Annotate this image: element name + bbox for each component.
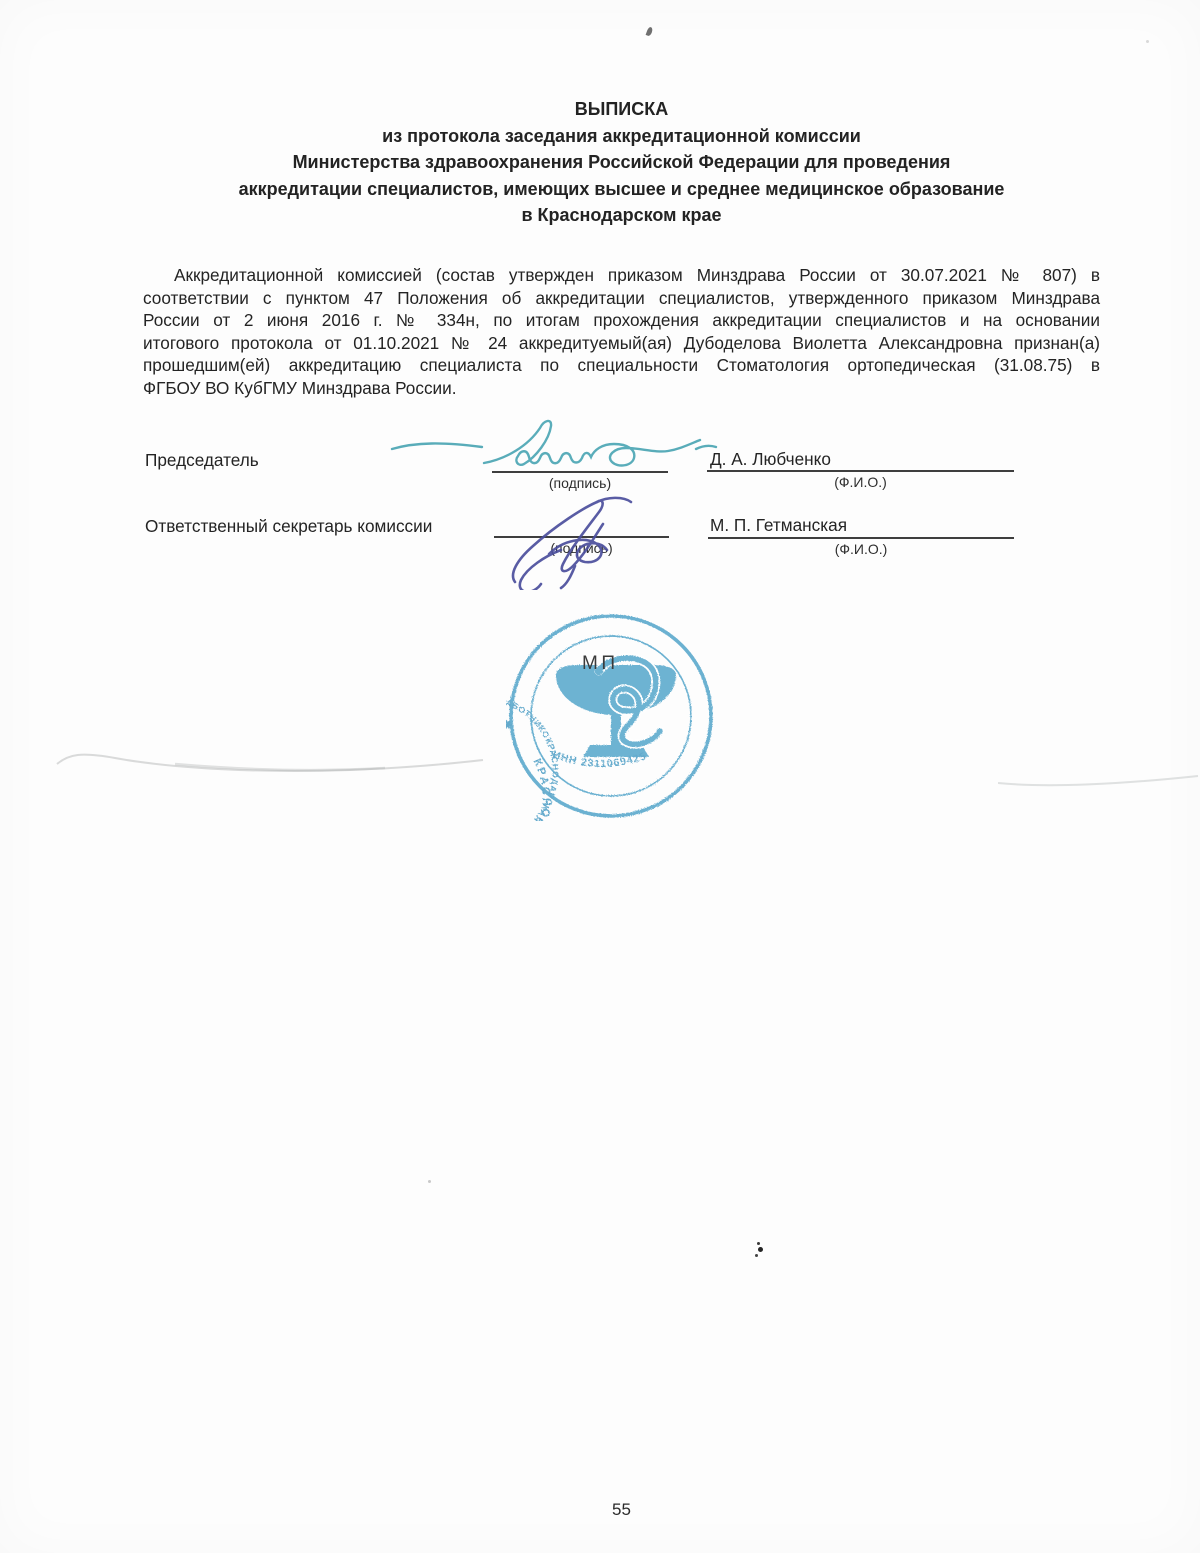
ink-speck xyxy=(1146,40,1149,43)
chairman-name-caption: (Ф.И.О.) xyxy=(707,474,1014,490)
chairman-signature-line xyxy=(492,471,668,473)
chairman-name: Д. А. Любченко xyxy=(710,449,831,470)
body-line: ФГБОУ ВО КубГМУ Минздрава России. xyxy=(143,377,1100,400)
title-line-3: Министерства здравоохранения Российской … xyxy=(143,149,1100,176)
paper-crease-right xyxy=(998,772,1200,792)
secretary-name-line xyxy=(708,537,1014,539)
document-title: ВЫПИСКА из протокола заседания аккредита… xyxy=(143,96,1100,229)
secretary-name: М. П. Гетманская xyxy=(710,515,847,536)
body-paragraph: Аккредитационной комиссией (состав утвер… xyxy=(143,264,1100,400)
chairman-signature-caption: (подпись) xyxy=(492,475,668,491)
body-line: прошедшим(ей) аккредитацию специалиста п… xyxy=(143,354,1100,377)
ink-speck-cluster xyxy=(753,1242,765,1260)
secretary-label: Ответственный секретарь комиссии xyxy=(145,516,432,537)
svg-text:КРАСНОДАРСКАЯ КРАЕВАЯ ОБЩЕСТВЕ: КРАСНОДАРСКАЯ КРАЕВАЯ ОБЩЕСТВЕННАЯ ОРГАН… xyxy=(506,611,561,821)
title-line-4: аккредитации специалистов, имеющих высше… xyxy=(143,176,1100,203)
mp-place-of-seal-label: МП xyxy=(582,653,618,674)
ink-speck xyxy=(646,26,654,36)
paper-crease-left xyxy=(55,748,485,774)
medical-seal-stamp-icon: КРАСНОДАРСКИЙ КРАЙ ✱ КРАСНОДАР ✱ РОССИЙС… xyxy=(506,611,716,821)
seal-area: КРАСНОДАРСКИЙ КРАЙ ✱ КРАСНОДАР ✱ РОССИЙС… xyxy=(506,611,716,821)
title-line-1: ВЫПИСКА xyxy=(143,96,1100,123)
body-line: итогового протокола от 01.10.2021 № 24 а… xyxy=(143,332,1100,355)
secretary-name-caption: (Ф.И.О.) xyxy=(708,541,1014,557)
document-page: ВЫПИСКА из протокола заседания аккредита… xyxy=(0,0,1200,1553)
stamp-inner-ring-text: КРАСНОДАРСКАЯ КРАЕВАЯ ОБЩЕСТВЕННАЯ ОРГАН… xyxy=(506,611,561,821)
body-line: соответствии с пунктом 47 Положения об а… xyxy=(143,287,1100,310)
body-line: Аккредитационной комиссией (состав утвер… xyxy=(143,264,1100,287)
title-line-5: в Краснодарском крае xyxy=(143,202,1100,229)
chairman-label: Председатель xyxy=(145,450,259,471)
page-number: 55 xyxy=(143,1500,1100,1520)
secretary-signature-caption: (подпись) xyxy=(494,540,669,556)
title-line-2: из протокола заседания аккредитационной … xyxy=(143,123,1100,150)
chairman-name-line xyxy=(707,470,1014,472)
body-line: России от 2 июня 2016 г. № 334н, по итог… xyxy=(143,309,1100,332)
ink-speck xyxy=(428,1180,431,1183)
secretary-signature-line xyxy=(494,536,669,538)
